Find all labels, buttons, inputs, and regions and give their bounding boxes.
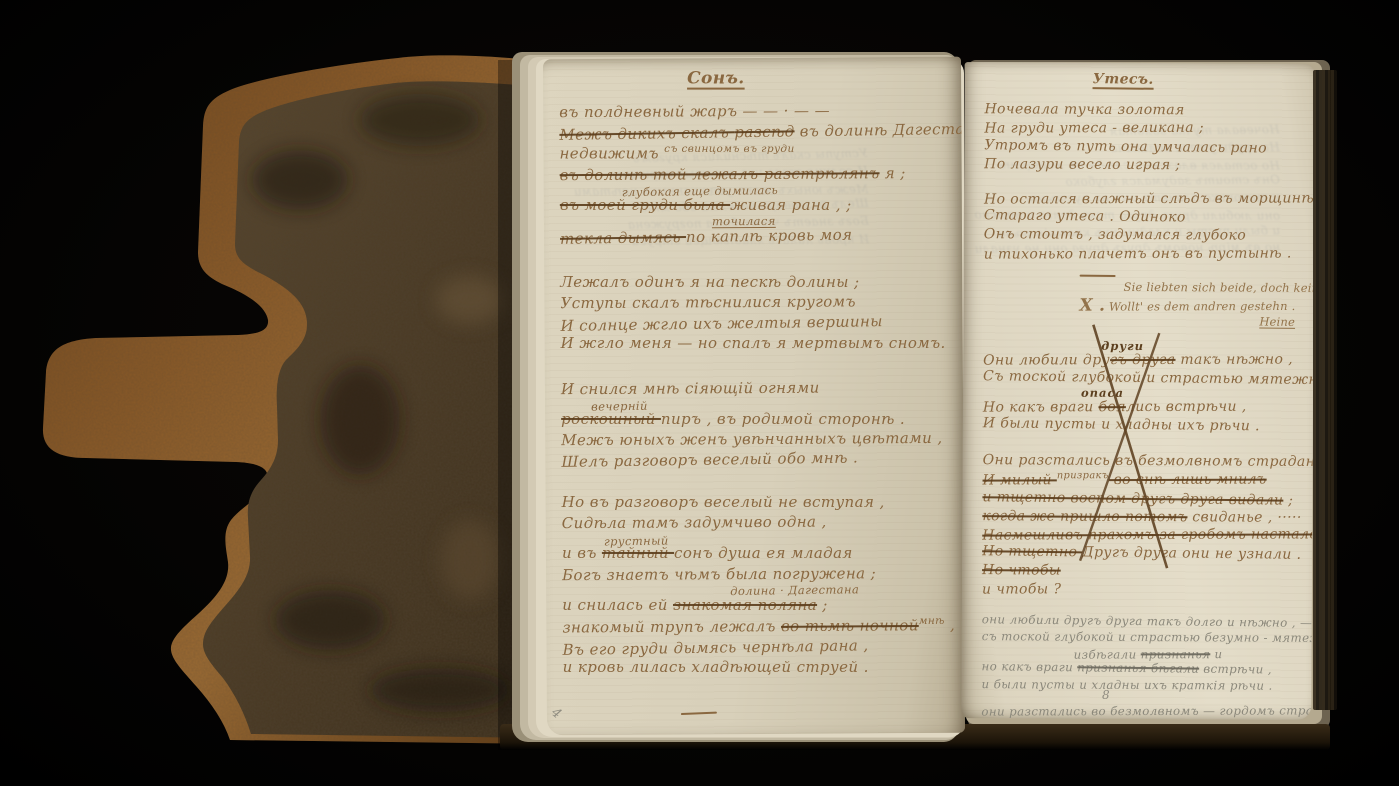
manuscript-line: Съ тоской глубокой и страстью мятежной ! <box>983 367 1305 389</box>
manuscript-photo: Уступы скалъ тѣснилися кругомъИ солнце ж… <box>0 0 1399 786</box>
manuscript-line: и были пусты и хладны ихъ краткія рѣчи . <box>981 676 1303 694</box>
manuscript-text-segment: признанья бѣгали <box>1077 660 1199 675</box>
manuscript-text-segment: ; <box>841 196 852 214</box>
right-page-text: Утесъ.Ночевала тучка золотаяНа груди уте… <box>981 70 1307 720</box>
manuscript-text-segment: сонъ душа ея младая <box>674 544 853 562</box>
manuscript-text-segment: въ безмолвномъ страданьѣ , <box>1115 453 1315 470</box>
manuscript-text-segment: въ долинѣ Дагестана , <box>794 119 965 140</box>
manuscript-text-segment: въ моей груди <box>560 196 684 214</box>
manuscript-text-segment: Но остался влажный слѣдъ въ морщинѣ <box>984 190 1314 207</box>
right-page: Ночевала тучка золотаяНа груди утеса вел… <box>961 62 1314 720</box>
manuscript-text-segment: И снился мнѣ сіяющій огнями <box>561 378 820 398</box>
left-page-text: Сонъ.въ полдневный жаръ — — · — —Межъ ди… <box>559 67 955 715</box>
manuscript-text-segment: Уступы скалъ тѣснилися кругомъ <box>560 293 856 313</box>
manuscript-line: Лежалъ одинъ я на пескѣ долины ; <box>560 272 952 292</box>
manuscript-text-segment: разсѣд <box>734 122 795 141</box>
manuscript-line: X . Wollt' es dem andren gestehn . <box>1079 295 1305 316</box>
manuscript-text-segment: и кровь лилась хладѣющей струей . <box>563 658 869 676</box>
manuscript-text-segment: тайный <box>602 544 674 562</box>
manuscript-text-segment: ; <box>817 596 828 614</box>
manuscript-line: текла дымясь по каплѣ кровь моя <box>560 223 952 249</box>
manuscript-text-segment: настало <box>1251 526 1315 542</box>
manuscript-text-segment: лись встрѣчи , <box>1126 399 1247 415</box>
manuscript-line: Но въ разговоръ веселый не вступая , <box>562 492 954 512</box>
manuscript-text-segment: такъ нѣжно , <box>1175 351 1293 367</box>
manuscript-line: недвижимъ съ свинцомъ въ груди <box>560 142 952 164</box>
manuscript-line: роскошный пиръ , въ родимой сторонѣ . <box>561 409 953 429</box>
manuscript-line: Они разстались въ безмолвномъ страданьѣ … <box>983 451 1305 471</box>
manuscript-text-segment: Въ его груди дымясь чернѣла рана , <box>562 636 868 659</box>
manuscript-text-segment: Но чтобы <box>982 562 1061 578</box>
manuscript-text-segment: но какъ враги <box>981 659 1077 674</box>
manuscript-text-segment: я ; <box>879 164 905 182</box>
manuscript-text-segment: въ долинѣ той лежалъ разстрѣлянъ <box>560 164 880 184</box>
manuscript-text-segment: пиръ , въ родимой сторонѣ . <box>661 410 905 428</box>
manuscript-line: Heine <box>1259 315 1305 329</box>
manuscript-text-segment: пришло потомъ <box>1060 508 1187 525</box>
manuscript-text-segment: , <box>945 616 955 634</box>
manuscript-text-segment: съ свинцомъ въ груди <box>664 143 795 155</box>
ink-dash-divider <box>681 711 717 715</box>
manuscript-text-segment: воспом <box>1070 490 1131 507</box>
manuscript-line: Шелъ разговоръ веселый обо мнѣ . <box>561 446 953 472</box>
manuscript-text-segment: X . <box>1079 295 1105 315</box>
manuscript-text-segment: сномъ. <box>889 334 946 352</box>
manuscript-text-segment: и въ <box>562 544 602 562</box>
manuscript-text-segment: Съ тоской глубокой и страстью мятежной ! <box>983 368 1315 388</box>
manuscript-text-segment: и <box>1210 647 1222 661</box>
manuscript-line: И жгло меня — но спалъ я мертвымъ сномъ. <box>561 333 953 353</box>
manuscript-text-segment: Богъ знаетъ чѣмъ была погружена ; <box>562 564 876 584</box>
manuscript-line: и снилась ей знакомая поляна ; <box>562 595 954 615</box>
left-page: Уступы скалъ тѣснилися кругомъИ солнце ж… <box>543 57 965 736</box>
manuscript-text-segment: Но какъ враги <box>983 399 1099 415</box>
manuscript-text-segment: когда же <box>982 508 1060 524</box>
manuscript-text-segment: недвижимъ <box>560 144 665 162</box>
manuscript-text-segment: и снилась ей <box>562 596 673 614</box>
manuscript-text-segment: Wollt' es dem andren gestehn . <box>1105 299 1295 314</box>
manuscript-line: и кровь лилась хладѣющей струей . <box>563 657 955 677</box>
manuscript-text-segment: Другъ друга они не узнали . <box>1082 544 1301 562</box>
manuscript-line: Межъ дикихъ скалъ разсѣд въ долинѣ Дагес… <box>559 119 951 145</box>
manuscript-line: когда же пришло потомъ свиданье , ····· <box>982 507 1304 527</box>
manuscript-text-segment: Стараго утеса . Одиноко <box>984 207 1186 225</box>
manuscript-text-segment: Сонъ. <box>687 69 745 89</box>
manuscript-text-segment: Но тщетно <box>982 543 1082 560</box>
manuscript-text-segment: На груди утеса - великана ; <box>984 120 1204 137</box>
manuscript-text-segment: во тьмѣ ночной <box>781 616 919 635</box>
manuscript-line: И милый призракъ во снѣ лишь мнилъ <box>983 470 1305 490</box>
manuscript-line: На груди утеса - великана ; <box>984 119 1306 138</box>
manuscript-text-segment: Они любили дру <box>983 352 1110 368</box>
manuscript-line: Sie liebten sich beide, doch keiner <box>1124 281 1306 296</box>
manuscript-text-segment: они любили другъ друга такъ долго и нѣжн… <box>982 612 1313 630</box>
manuscript-text-segment: Межъ дикихъ скалъ <box>559 123 734 144</box>
manuscript-text-segment: текла дымясь <box>560 228 686 248</box>
manuscript-text-segment: встрѣчи , <box>1199 662 1272 677</box>
manuscript-text-segment: они разстались во безмолвномъ — гордомъ … <box>981 704 1314 719</box>
manuscript-text-segment: и чтобы ? <box>982 582 1061 598</box>
manuscript-text-segment: ; <box>1283 492 1293 508</box>
manuscript-line: и чтобы ? <box>982 580 1304 599</box>
manuscript-line: въ моей груди была живая рана , ; <box>560 195 952 215</box>
manuscript-text-segment: Шелъ разговоръ веселый обо мнѣ . <box>561 449 858 471</box>
fore-edge-page-stack <box>1313 70 1337 710</box>
manuscript-text-segment: Онъ стоитъ , задумался глубоко <box>984 227 1246 244</box>
manuscript-text-segment: Sie liebten sich beide, doch keiner <box>1124 280 1315 295</box>
right-page-number: 8 <box>1102 688 1110 702</box>
manuscript-text-segment: Насмешливъ прахомъ <box>982 527 1159 544</box>
manuscript-line: Утесъ. <box>1093 70 1307 91</box>
ink-dash-divider <box>1080 274 1116 277</box>
manuscript-text-segment: Лежалъ одинъ я на пескѣ долины ; <box>560 273 859 291</box>
manuscript-text-segment: По лазури весело играя ; <box>984 156 1180 173</box>
manuscript-text-segment: живая рана , <box>730 196 841 214</box>
manuscript-line: и тихонько плачетъ онъ въ пустынѣ . <box>984 244 1306 263</box>
manuscript-text-segment: свиданье , ····· <box>1187 509 1301 526</box>
manuscript-text-segment: съ тоской глубокой и страстью безумно - … <box>982 630 1315 646</box>
manuscript-line: Ночевала тучка золотая <box>984 100 1306 120</box>
manuscript-text-segment: по каплѣ кровь моя <box>686 225 853 245</box>
manuscript-text-segment: Сидѣла тамъ задумчиво одна , <box>562 513 827 533</box>
manuscript-text-segment: и были пусты и хладны ихъ краткія рѣчи . <box>981 677 1272 693</box>
manuscript-line: и въ тайный сонъ душа ея младая <box>562 543 954 563</box>
manuscript-line: Сонъ. <box>687 68 951 91</box>
manuscript-text-segment: роскошный <box>561 410 661 428</box>
manuscript-text-segment: въ полдневный жаръ <box>559 102 742 121</box>
manuscript-text-segment: И жгло меня — но спалъ я мертвымъ <box>561 334 889 352</box>
manuscript-text-segment: и тщетно <box>982 489 1070 506</box>
manuscript-text-segment: Утромъ въ путь она умчалась рано <box>984 137 1267 156</box>
manuscript-line: съ тоской глубокой и страстью безумно - … <box>982 629 1304 647</box>
manuscript-text-segment: — — · — — <box>742 102 830 121</box>
manuscript-text-segment: Heine <box>1259 314 1295 328</box>
manuscript-line: И были пусты и хладны ихъ рѣчи . <box>983 414 1305 436</box>
manuscript-text-segment: во снѣ лишь мнилъ <box>1109 472 1267 489</box>
manuscript-line: Онъ стоитъ , задумался глубоко <box>984 226 1306 246</box>
manuscript-text-segment: и тихонько плачетъ онъ въ пустынѣ . <box>984 245 1292 262</box>
manuscript-text-segment: И милый <box>983 473 1057 489</box>
manuscript-text-segment: знакомый трупъ лежалъ <box>562 617 781 636</box>
manuscript-line: они разстались во безмолвномъ — гордомъ … <box>981 703 1303 720</box>
manuscript-text-segment: мнѣ <box>919 615 945 627</box>
manuscript-line: По лазури весело играя ; <box>984 155 1306 175</box>
manuscript-text-segment: Они разстались <box>983 452 1116 469</box>
manuscript-text-segment: гъ друга <box>1110 352 1175 368</box>
manuscript-text-segment: была <box>684 196 731 214</box>
manuscript-text-segment: И солнце жгло ихъ желтыя вершины <box>560 312 883 335</box>
manuscript-text-segment: боя <box>1098 399 1126 415</box>
manuscript-text-segment: Утесъ. <box>1093 71 1154 88</box>
manuscript-text-segment: знакомая поляна <box>673 596 817 614</box>
manuscript-text-segment: Но въ разговоръ веселый не вступая , <box>562 493 885 511</box>
manuscript-line: Но чтобы <box>982 561 1304 581</box>
manuscript-text-segment: Ночевала тучка золотая <box>984 101 1184 118</box>
manuscript-text-segment: призракъ <box>1057 471 1109 482</box>
manuscript-text-segment: другъ друга видали <box>1131 490 1283 508</box>
manuscript-text-segment: за гробомъ <box>1159 527 1251 543</box>
manuscript-text-segment: И были пусты и хладны ихъ рѣчи . <box>983 415 1260 434</box>
